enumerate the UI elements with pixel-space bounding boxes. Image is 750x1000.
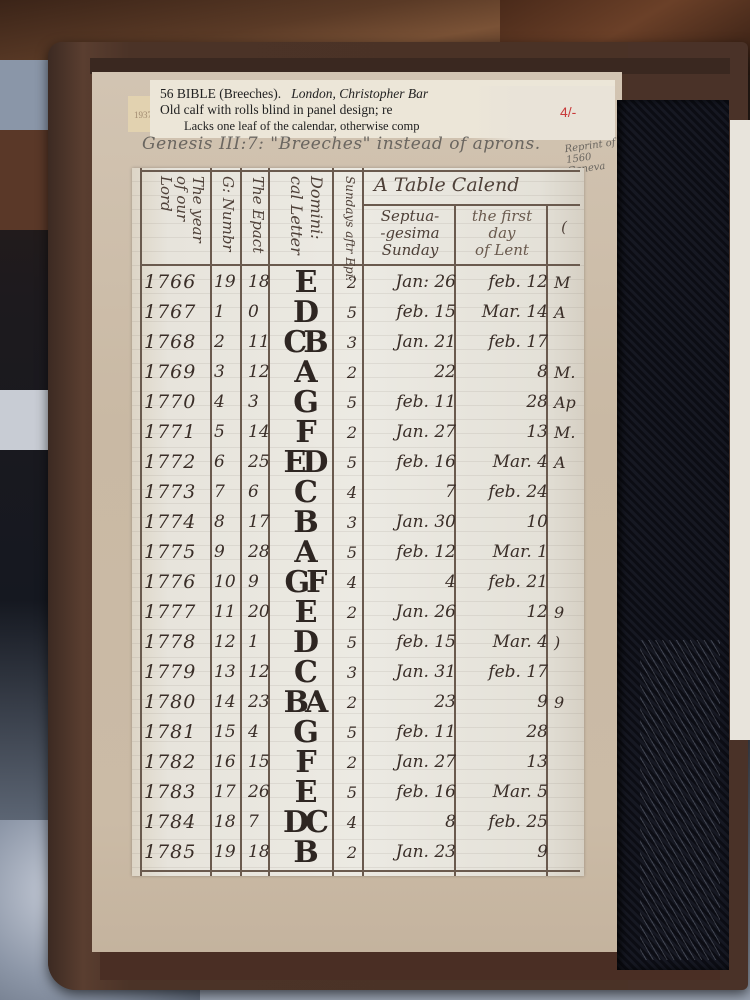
cell-golden-number: 7 [214, 478, 244, 507]
cell-first-day-of-lent: 13 [460, 748, 548, 777]
cell-extra: 9 [554, 598, 582, 627]
cell-sundays-after-epiphany: 2 [340, 268, 364, 297]
cell-first-day-of-lent: feb. 21 [460, 568, 548, 597]
cell-sundays-after-epiphany: 4 [340, 478, 364, 507]
header-epact: The Epact [246, 176, 266, 262]
cell-septuagesima: Jan. 27 [368, 748, 456, 777]
cell-year: 1778 [144, 628, 210, 657]
cell-first-day-of-lent: feb. 12 [460, 268, 548, 297]
cell-first-day-of-lent: feb. 17 [460, 328, 548, 357]
cell-extra: 9 [554, 688, 582, 717]
header-sundays-after-epiphany: Sundays aftr Epi: [338, 176, 358, 262]
clipping-faded-area [470, 86, 615, 140]
cell-golden-number: 15 [214, 718, 244, 747]
cell-septuagesima: Jan. 21 [368, 328, 456, 357]
cell-golden-number: 8 [214, 508, 244, 537]
cell-sundays-after-epiphany: 4 [340, 808, 364, 837]
table-row: 17771120E2Jan. 26129 [132, 598, 584, 627]
clipping-imprint: London, Christopher Bar [291, 86, 428, 101]
header-golden-number: G: Numbr [216, 176, 236, 262]
cell-dominical-letter: D [272, 628, 336, 657]
header-first-day-of-lent: the first day of Lent [458, 208, 546, 259]
cell-golden-number: 19 [214, 268, 244, 297]
header-year-of-our-lord: The year of our Lord [146, 176, 206, 262]
cell-year: 1785 [144, 838, 210, 867]
table-row: 1776109GF44feb. 21 [132, 568, 584, 597]
cell-extra: A [554, 448, 582, 477]
cell-year: 1768 [144, 328, 210, 357]
cell-extra: A [554, 298, 582, 327]
cell-dominical-letter: BA [272, 688, 336, 717]
cell-first-day-of-lent: 13 [460, 418, 548, 447]
manuscript-calendar-table: The year of our Lord G: Numbr The Epact … [132, 168, 584, 876]
cell-first-day-of-lent: 28 [460, 388, 548, 417]
cell-septuagesima: feb. 16 [368, 778, 456, 807]
table-row: 17851918B2Jan. 239 [132, 838, 584, 867]
cell-first-day-of-lent: 12 [460, 598, 548, 627]
cell-year: 1784 [144, 808, 210, 837]
cell-dominical-letter: ED [272, 448, 336, 477]
cell-dominical-letter: DC [272, 808, 336, 837]
cell-first-day-of-lent: 10 [460, 508, 548, 537]
table-row: 17821615F2Jan. 2713 [132, 748, 584, 777]
cell-year: 1770 [144, 388, 210, 417]
header-septuagesima-sunday: Septua- -gesima Sunday [366, 208, 454, 259]
red-price-mark: 4/- [560, 104, 576, 120]
header-line: of Lent [458, 242, 546, 259]
cell-sundays-after-epiphany: 5 [340, 718, 364, 747]
cell-sundays-after-epiphany: 5 [340, 778, 364, 807]
cell-year: 1782 [144, 748, 210, 777]
cell-extra: Ap [554, 388, 582, 417]
cell-septuagesima: feb. 16 [368, 448, 456, 477]
cell-septuagesima: feb. 15 [368, 298, 456, 327]
cell-golden-number: 17 [214, 778, 244, 807]
table-row: 1772625ED5feb. 16Mar. 4A [132, 448, 584, 477]
table-rule [362, 204, 580, 206]
header-line: the first [458, 208, 546, 225]
cell-septuagesima: Jan: 26 [368, 268, 456, 297]
table-rule [140, 170, 580, 172]
cell-septuagesima: feb. 12 [368, 538, 456, 567]
cell-golden-number: 11 [214, 598, 244, 627]
cell-first-day-of-lent: Mar. 14 [460, 298, 548, 327]
cell-sundays-after-epiphany: 2 [340, 748, 364, 777]
table-row: 17801423BA22399 [132, 688, 584, 717]
cell-first-day-of-lent: Mar. 5 [460, 778, 548, 807]
cell-sundays-after-epiphany: 4 [340, 568, 364, 597]
cell-first-day-of-lent: feb. 25 [460, 808, 548, 837]
cell-extra: M. [554, 418, 582, 447]
cell-year: 1767 [144, 298, 210, 327]
cell-septuagesima: 4 [368, 568, 456, 597]
cell-dominical-letter: CB [272, 328, 336, 357]
cell-first-day-of-lent: 9 [460, 838, 548, 867]
cell-sundays-after-epiphany: 2 [340, 358, 364, 387]
cell-year: 1777 [144, 598, 210, 627]
table-row: 177043G5feb. 1128Ap [132, 388, 584, 417]
cell-golden-number: 9 [214, 538, 244, 567]
cell-extra: M. [554, 358, 582, 387]
cell-year: 1771 [144, 418, 210, 447]
cell-first-day-of-lent: Mar. 1 [460, 538, 548, 567]
cell-year: 1766 [144, 268, 210, 297]
table-row: 1784187DC48feb. 25 [132, 808, 584, 837]
header-line: Septua- [366, 208, 454, 225]
page-block-edge [730, 120, 750, 740]
cell-year: 1775 [144, 538, 210, 567]
cell-septuagesima: Jan. 26 [368, 598, 456, 627]
cell-septuagesima: 23 [368, 688, 456, 717]
cell-year: 1783 [144, 778, 210, 807]
table-row: 17831726E5feb. 16Mar. 5 [132, 778, 584, 807]
cell-golden-number: 6 [214, 448, 244, 477]
cell-first-day-of-lent: 8 [460, 358, 548, 387]
cell-septuagesima: Jan. 31 [368, 658, 456, 687]
cell-sundays-after-epiphany: 5 [340, 538, 364, 567]
cell-dominical-letter: E [272, 598, 336, 627]
cell-dominical-letter: F [272, 418, 336, 447]
cell-first-day-of-lent: Mar. 4 [460, 628, 548, 657]
pencil-annotation: Genesis III:7: "Breeches" instead of apr… [142, 134, 541, 154]
table-rule [140, 264, 580, 266]
table-row: 1769312A2228M. [132, 358, 584, 387]
table-rule [140, 870, 580, 872]
cell-year: 1776 [144, 568, 210, 597]
header-line: -gesima [366, 225, 454, 242]
cell-first-day-of-lent: feb. 17 [460, 658, 548, 687]
cell-golden-number: 18 [214, 808, 244, 837]
cell-golden-number: 5 [214, 418, 244, 447]
cell-sundays-after-epiphany: 5 [340, 388, 364, 417]
cell-septuagesima: 8 [368, 808, 456, 837]
cell-first-day-of-lent: Mar. 4 [460, 448, 548, 477]
cell-golden-number: 14 [214, 688, 244, 717]
cell-dominical-letter: E [272, 268, 336, 297]
table-row: 1774817B3Jan. 3010 [132, 508, 584, 537]
cell-dominical-letter: B [272, 508, 336, 537]
cell-sundays-after-epiphany: 2 [340, 688, 364, 717]
cell-golden-number: 16 [214, 748, 244, 777]
cell-dominical-letter: C [272, 658, 336, 687]
table-title: A Table Calend [368, 174, 584, 196]
table-row: 17791312C3Jan. 31feb. 17 [132, 658, 584, 687]
cell-golden-number: 19 [214, 838, 244, 867]
cell-sundays-after-epiphany: 3 [340, 658, 364, 687]
cell-golden-number: 10 [214, 568, 244, 597]
table-row: 17661918E2Jan: 26feb. 12M [132, 268, 584, 297]
cell-first-day-of-lent: feb. 24 [460, 478, 548, 507]
cell-dominical-letter: A [272, 538, 336, 567]
cell-first-day-of-lent: 28 [460, 718, 548, 747]
cell-sundays-after-epiphany: 5 [340, 448, 364, 477]
cell-dominical-letter: F [272, 748, 336, 777]
cell-golden-number: 2 [214, 328, 244, 357]
cell-septuagesima: Jan. 30 [368, 508, 456, 537]
cell-golden-number: 13 [214, 658, 244, 687]
cell-septuagesima: 7 [368, 478, 456, 507]
cell-sundays-after-epiphany: 2 [340, 598, 364, 627]
cell-extra: ) [554, 628, 582, 657]
cell-dominical-letter: B [272, 838, 336, 867]
cell-septuagesima: Jan. 27 [368, 418, 456, 447]
cell-dominical-letter: A [272, 358, 336, 387]
cell-sundays-after-epiphany: 2 [340, 838, 364, 867]
header-line: day [458, 225, 546, 242]
cell-dominical-letter: G [272, 388, 336, 417]
cell-year: 1779 [144, 658, 210, 687]
table-row: 176710D5feb. 15Mar. 14A [132, 298, 584, 327]
spine-highlight [640, 640, 720, 960]
cell-sundays-after-epiphany: 2 [340, 418, 364, 447]
cell-septuagesima: feb. 11 [368, 718, 456, 747]
cell-year: 1773 [144, 478, 210, 507]
cell-dominical-letter: E [272, 778, 336, 807]
cell-dominical-letter: D [272, 298, 336, 327]
cell-golden-number: 3 [214, 358, 244, 387]
cell-septuagesima: feb. 15 [368, 628, 456, 657]
table-row: 1778121D5feb. 15Mar. 4) [132, 628, 584, 657]
cell-year: 1781 [144, 718, 210, 747]
cell-sundays-after-epiphany: 3 [340, 508, 364, 537]
cell-septuagesima: Jan. 23 [368, 838, 456, 867]
table-row: 1768211CB3Jan. 21feb. 17 [132, 328, 584, 357]
cell-first-day-of-lent: 9 [460, 688, 548, 717]
cell-dominical-letter: G [272, 718, 336, 747]
table-row: 177376C47feb. 24 [132, 478, 584, 507]
cell-year: 1769 [144, 358, 210, 387]
cell-extra: M [554, 268, 582, 297]
cell-golden-number: 12 [214, 628, 244, 657]
cell-sundays-after-epiphany: 5 [340, 298, 364, 327]
cell-year: 1774 [144, 508, 210, 537]
cell-septuagesima: feb. 11 [368, 388, 456, 417]
cell-year: 1772 [144, 448, 210, 477]
cell-year: 1780 [144, 688, 210, 717]
cell-sundays-after-epiphany: 5 [340, 628, 364, 657]
table-row: 1775928A5feb. 12Mar. 1 [132, 538, 584, 567]
table-row: 1771514F2Jan. 2713M. [132, 418, 584, 447]
table-row: 1781154G5feb. 1128 [132, 718, 584, 747]
cell-dominical-letter: C [272, 478, 336, 507]
cell-septuagesima: 22 [368, 358, 456, 387]
cell-golden-number: 4 [214, 388, 244, 417]
header-line: Sunday [366, 242, 454, 259]
cell-golden-number: 1 [214, 298, 244, 327]
clipping-lot-title: 56 BIBLE (Breeches). [160, 86, 281, 101]
header-extra-column: ( [552, 218, 576, 236]
cell-sundays-after-epiphany: 3 [340, 328, 364, 357]
cell-dominical-letter: GF [272, 568, 336, 597]
header-dominical-letter: Domini: cal Letter [274, 176, 326, 262]
